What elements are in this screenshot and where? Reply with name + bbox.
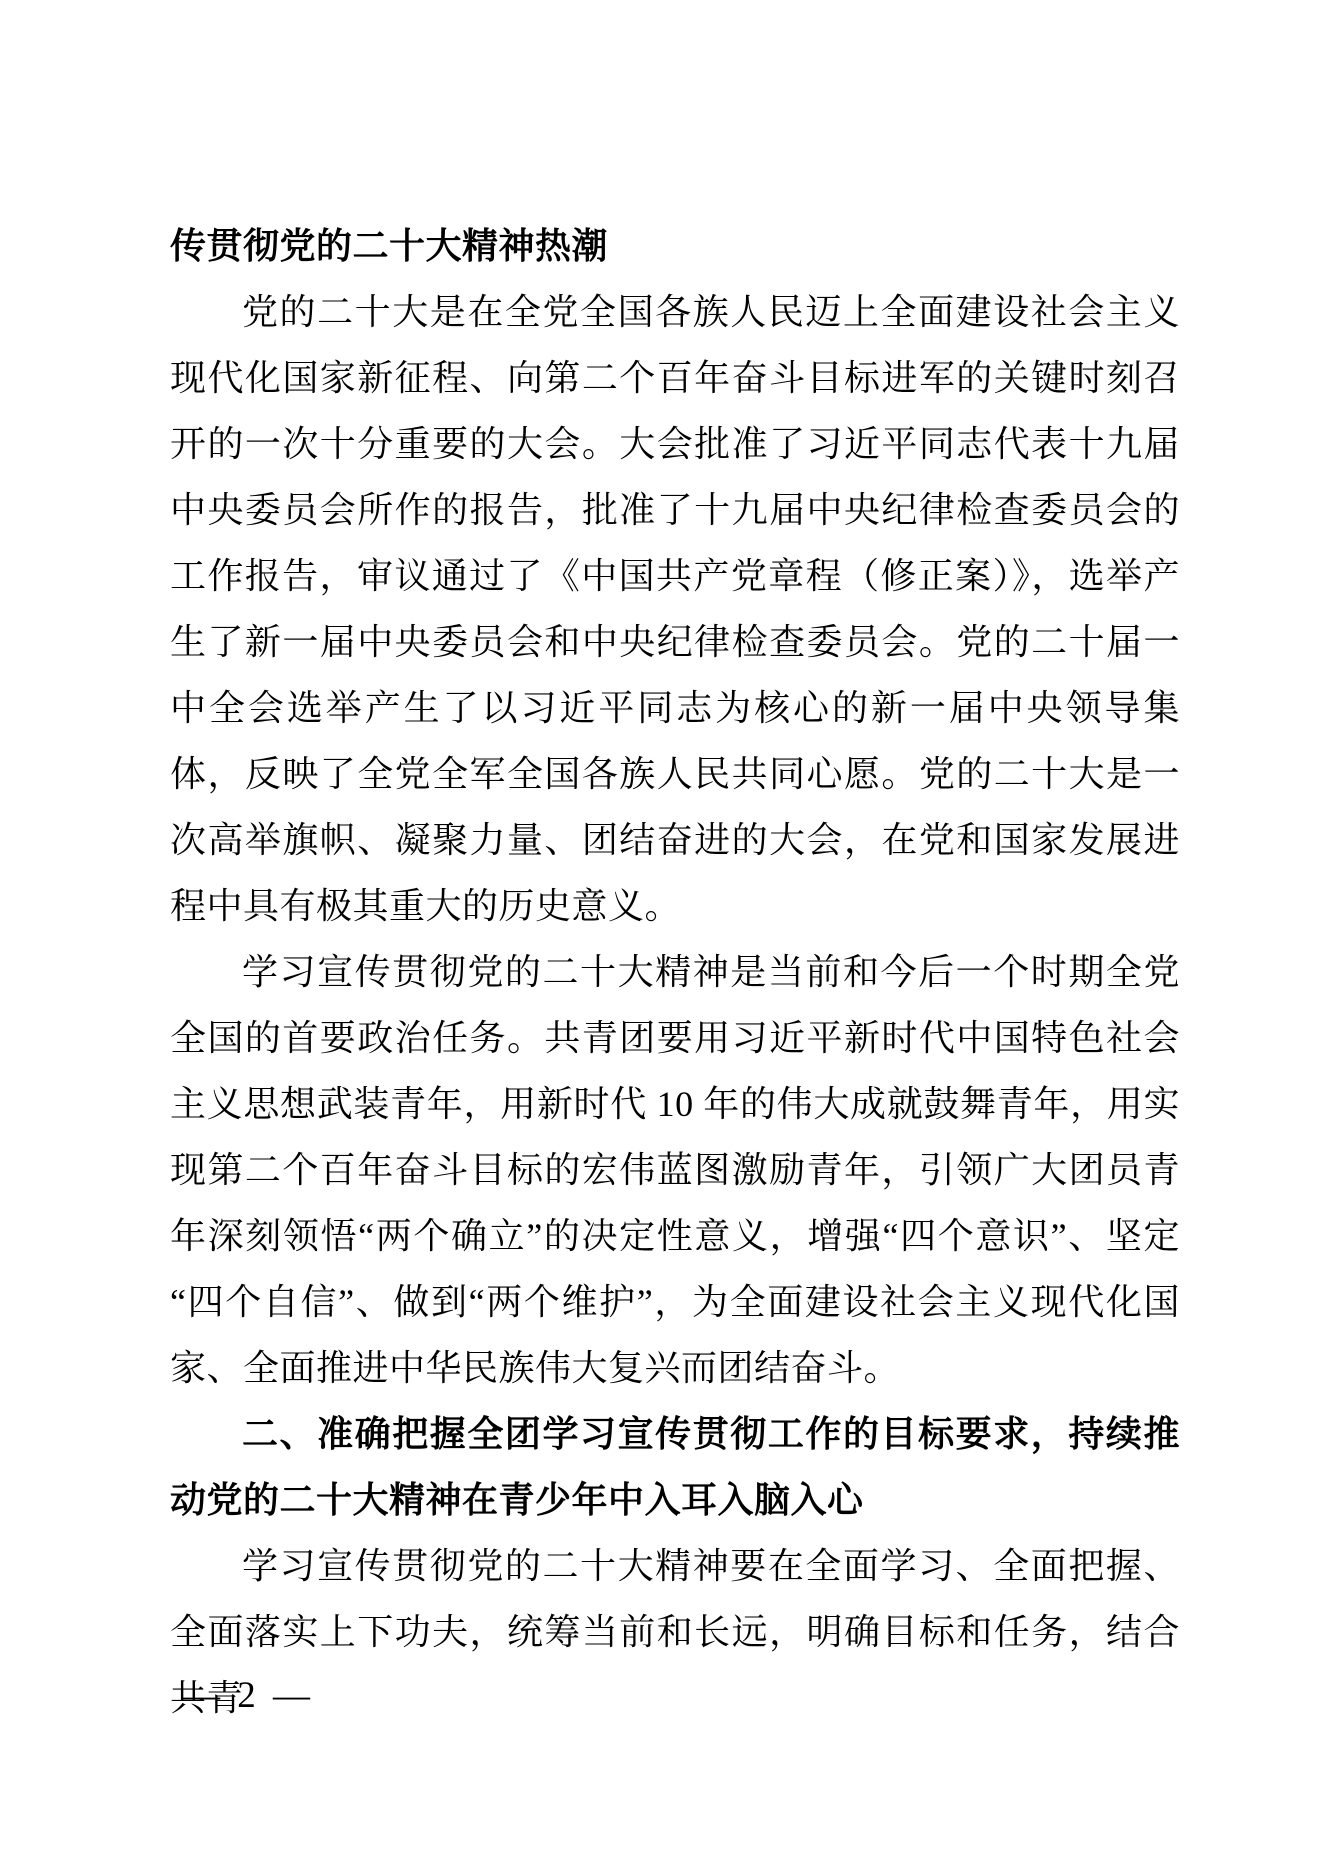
heading-continuation: 传贯彻党的二十大精神热潮 [170,213,1180,279]
section-heading: 二、准确把握全团学习宣传贯彻工作的目标要求，持续推动党的二十大精神在青少年中入耳… [170,1401,1180,1533]
paragraph-3: 学习宣传贯彻党的二十大精神要在全面学习、全面把握、全面落实上下功夫，统筹当前和长… [170,1533,1180,1731]
paragraph-1: 党的二十大是在全党全国各族人民迈上全面建设社会主义现代化国家新征程、向第二个百年… [170,279,1180,939]
document-content: 传贯彻党的二十大精神热潮 党的二十大是在全党全国各族人民迈上全面建设社会主义现代… [170,213,1180,1731]
paragraph-2: 学习宣传贯彻党的二十大精神是当前和今后一个时期全党全国的首要政治任务。共青团要用… [170,939,1180,1401]
document-page: 传贯彻党的二十大精神热潮 党的二十大是在全党全国各族人民迈上全面建设社会主义现代… [0,0,1323,1871]
page-number: — 2 — [183,1663,314,1729]
